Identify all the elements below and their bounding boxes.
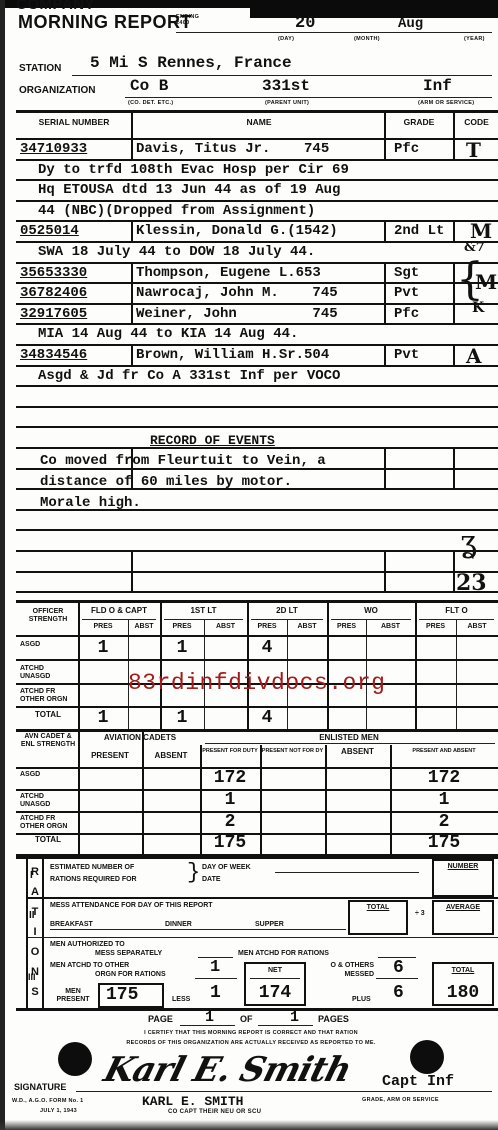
enlisted-row-label: ASGD (20, 771, 76, 779)
o-others-label-2: MESSED (318, 971, 374, 979)
org-company-label: (CO. DET. ETC.) (128, 100, 173, 106)
number-label: NUMBER (432, 863, 494, 871)
enlisted-cell: 1 (200, 790, 260, 810)
day-label: (DAY) (278, 36, 294, 42)
soldier-name: Brown, William H.Sr.504 (136, 347, 329, 363)
enlisted-cell: 172 (390, 768, 498, 788)
less-label: LESS (172, 996, 190, 1004)
signature-label: SIGNATURE (14, 1083, 66, 1091)
officer-group-header: 1ST LT (160, 606, 247, 615)
grade-arm-label: GRADE, ARM OR SERVICE (362, 1097, 439, 1103)
grade: Pfc (394, 306, 419, 322)
margin-mark-bottom: 23 (456, 570, 487, 596)
remark-line: MIA 14 Aug 44 to KIA 14 Aug 44. (38, 326, 298, 342)
officer-cell: 1 (78, 708, 128, 728)
serial-number: 35653330 (20, 265, 87, 281)
remark-line: Hq ETOUSA dtd 13 Jun 44 as of 19 Aug (38, 182, 340, 198)
enlisted-column-header: ABSENT (142, 752, 200, 760)
o-others-label-1: O & OTHERS (318, 962, 374, 970)
serial-number: 34834546 (20, 347, 87, 363)
officer-group-header: FLT O (415, 606, 498, 615)
rations-side-letter: A (28, 882, 42, 902)
officer-cell: 1 (160, 638, 204, 658)
page-label: PAGE (148, 1015, 173, 1023)
plus-value: 6 (393, 983, 404, 1003)
abst-header: ABST (456, 623, 498, 631)
remark-line: Asgd & Jd fr Co A 331st Inf per VOCO (38, 368, 340, 384)
grade: 2nd Lt (394, 223, 444, 239)
enlisted-cell: 172 (200, 768, 260, 788)
serial-number: 34710933 (20, 141, 87, 157)
officer-cell: 4 (247, 708, 287, 728)
printed-name-label: CO CAPT THEIR NEU OR SCU (168, 1109, 261, 1115)
men-auth-label-1: MEN AUTHORIZED TO (50, 941, 125, 949)
serial-number: 0525014 (20, 223, 79, 239)
column-header-code: CODE (455, 117, 498, 127)
enlisted-column-header: PRESENT AND ABSENT (390, 748, 498, 755)
grade: Pvt (394, 347, 419, 363)
soldier-name: Weiner, John 745 (136, 306, 338, 322)
officer-group-header: FLD O & CAPT (78, 606, 160, 615)
event-line-2: distance of 60 miles by motor. (40, 474, 292, 490)
org-arm-label: (ARM OR SERVICE) (418, 100, 474, 106)
scan-top-edge-shadow (250, 0, 498, 18)
enlisted-cell: 2 (390, 812, 498, 832)
grade: Pvt (394, 285, 419, 301)
column-header-name: NAME (134, 117, 384, 127)
grade: Sgt (394, 265, 419, 281)
organization-label: ORGANIZATION (19, 85, 95, 96)
form-title: MORNING REPORT (18, 12, 192, 33)
soldier-name: Klessin, Donald G.(1542) (136, 223, 338, 239)
binder-hole-right (410, 1040, 444, 1074)
officer-group-header: WO (327, 606, 415, 615)
scan-left-edge (0, 0, 5, 1130)
watermark: 83rdinfdivdocs.org (128, 670, 385, 696)
grade-arm-value: Capt Inf (382, 1073, 454, 1090)
abst-header: ABST (287, 623, 327, 631)
mess-total-label: TOTAL (348, 904, 408, 912)
grade: Pfc (394, 141, 419, 157)
enlisted-cell: 1 (390, 790, 498, 810)
pres-header: PRES (247, 623, 287, 631)
form-number-line-1: W.D., A.G.O. FORM No. 1 (12, 1098, 83, 1104)
enlisted-cell: 175 (200, 833, 260, 853)
margin-mark-top: ʓ (460, 525, 477, 560)
section-i-numeral: I (30, 870, 33, 881)
scan-bottom-edge (0, 1120, 498, 1130)
code: T (466, 138, 481, 162)
officer-cell: 1 (78, 638, 128, 658)
pres-header: PRES (327, 623, 366, 631)
record-of-events-title: RECORD OF EVENTS (150, 433, 275, 448)
breakfast-label: BREAKFAST (50, 921, 93, 929)
org-parent-value: 331st (262, 77, 310, 95)
officer-group-header: 2D LT (247, 606, 327, 615)
soldier-name: Davis, Titus Jr. 745 (136, 141, 329, 157)
men-present-value: 175 (106, 985, 138, 1005)
enlisted-column-header: PRESENT NOT FOR DY (260, 748, 325, 755)
year-label: (YEAR) (464, 36, 485, 42)
officer-row-label: TOTAL (20, 711, 76, 719)
date-label: DATE (202, 876, 221, 884)
ending-label: ENDING 2400 (176, 14, 198, 26)
enlisted-row-label: ATCHD UNASGD (20, 793, 76, 809)
supper-label: SUPPER (255, 921, 284, 929)
form-number-line-2: JULY 1, 1943 (40, 1108, 77, 1114)
page-value: 1 (205, 1009, 214, 1026)
enlisted-column-header: ABSENT (325, 748, 390, 756)
column-header-grade: GRADE (386, 117, 452, 127)
enlisted-column-header: PRESENT FOR DUTY (200, 748, 260, 755)
men-atchd-label-2: ORGN FOR RATIONS (95, 971, 166, 979)
mess-attendance-label: MESS ATTENDANCE FOR DAY OF THIS REPORT (50, 902, 213, 910)
enlisted-strength-header: AVN CADET & ENL STRENGTH (18, 733, 78, 749)
average-label: AVERAGE (432, 904, 494, 912)
day-of-week-label: DAY OF WEEK (202, 864, 251, 872)
enlisted-men-header: ENLISTED MEN (200, 733, 498, 742)
net-label: NET (244, 967, 306, 975)
remark-line: Dy to trfd 108th Evac Hosp per Cir 69 (38, 162, 349, 178)
org-company-value: Co B (130, 77, 168, 95)
enlisted-column-header: PRESENT (78, 752, 142, 760)
serial-number: 36782406 (20, 285, 87, 301)
code-mark-m-2: M (475, 270, 497, 294)
men-atchd-for-rations-label: MEN ATCHD FOR RATIONS (238, 950, 329, 958)
enlisted-row-label: TOTAL (20, 836, 76, 844)
rations-side-letter: I (28, 922, 42, 942)
code-mark-scribble: &7 (464, 240, 485, 255)
net-value: 174 (244, 983, 306, 1003)
station-value: 5 Mi S Rennes, France (90, 54, 292, 72)
soldier-name: Nawrocaj, John M. 745 (136, 285, 338, 301)
officer-strength-header: OFFICER STRENGTH (18, 608, 78, 624)
rations-side-letter: O (28, 942, 42, 962)
pres-header: PRES (78, 623, 128, 631)
enlisted-cell: 2 (200, 812, 260, 832)
officer-cell: 4 (247, 638, 287, 658)
plus-label: PLUS (352, 996, 371, 1004)
ration-total-value: 180 (432, 983, 494, 1003)
abst-header: ABST (366, 623, 415, 631)
section-i-label-2: RATIONS REQUIRED FOR (50, 876, 137, 884)
section-ii-numeral: II (29, 910, 35, 921)
code-mark-kia: K (472, 300, 484, 316)
event-line-1: Co moved from Fleurtuit to Vein, a (40, 453, 326, 469)
day-value: 20 (295, 14, 315, 33)
org-parent-label: (PARENT UNIT) (265, 100, 309, 106)
dinner-label: DINNER (165, 921, 192, 929)
men-auth-label-2: MESS SEPARATELY (95, 950, 162, 958)
men-atchd-value: 1 (210, 958, 220, 977)
remark-line: SWA 18 July 44 to DOW 18 July 44. (38, 244, 315, 260)
org-arm-value: Inf (423, 77, 452, 95)
section-iii-numeral: III (28, 972, 36, 982)
pres-header: PRES (160, 623, 204, 631)
officer-row-label: ATCHD UNASGD (20, 665, 76, 681)
divide-sign: ÷ 3 (415, 910, 425, 918)
month-value: Aug (398, 16, 423, 32)
printed-name: KARL E. SMITH (142, 1094, 243, 1109)
enlisted-cell: 175 (390, 833, 498, 853)
o-others-value: 6 (393, 958, 404, 978)
signature: Karl E. Smith (100, 1050, 355, 1090)
binder-hole-left (58, 1042, 92, 1076)
officer-row-label: ASGD (20, 641, 76, 649)
column-header-serial: SERIAL NUMBER (18, 117, 130, 127)
certify-line-1: I CERTIFY THAT THIS MORNING REPORT IS CO… (96, 1030, 406, 1036)
abst-header: ABST (128, 623, 160, 631)
remark-line: 44 (NBC)(Dropped from Assignment) (38, 203, 315, 219)
officer-cell: 1 (160, 708, 204, 728)
pages-label: PAGES (318, 1015, 349, 1023)
of-value: 1 (290, 1009, 299, 1026)
serial-number: 32917605 (20, 306, 87, 322)
station-label: STATION (19, 63, 61, 74)
soldier-name: Thompson, Eugene L.653 (136, 265, 321, 281)
of-label: OF (240, 1015, 253, 1023)
month-label: (MONTH) (354, 36, 380, 42)
brace: } (187, 862, 200, 884)
officer-row-label: ATCHD FR OTHER ORGN (20, 688, 76, 704)
men-present-label: MEN PRESENT (50, 988, 96, 1004)
pres-header: PRES (415, 623, 456, 631)
less-value: 1 (210, 983, 221, 1003)
enlisted-row-label: ATCHD FR OTHER ORGN (20, 815, 76, 831)
certify-line-2: RECORDS OF THIS ORGANIZATION ARE ACTUALL… (96, 1040, 406, 1046)
ration-total-label: TOTAL (432, 967, 494, 975)
rations-side-letter: S (28, 982, 42, 1002)
code: A (466, 344, 482, 368)
aviation-cadets-header: AVIATION CADETS (80, 733, 200, 742)
abst-header: ABST (204, 623, 247, 631)
event-line-3: Morale high. (40, 495, 141, 511)
section-i-label-1: ESTIMATED NUMBER OF (50, 864, 134, 872)
men-atchd-label-1: MEN ATCHD TO OTHER (50, 962, 129, 970)
